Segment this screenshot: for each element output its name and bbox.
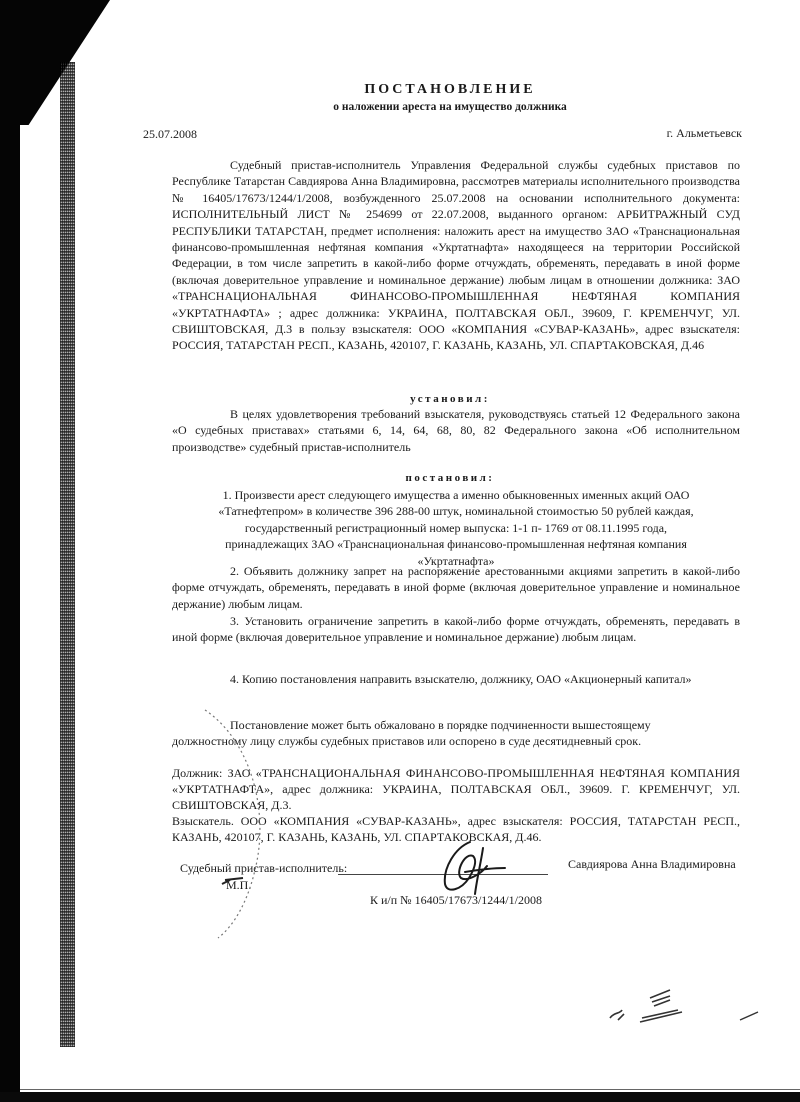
document-date: 25.07.2008 (143, 127, 197, 142)
ustanovil-text: В целях удовлетворения требований взыска… (172, 407, 740, 454)
signer-name: Савдиярова Анна Владимировна (568, 857, 736, 872)
item-1-line: принадлежащих ЗАО «Транснациональная фин… (172, 536, 740, 552)
document-page: ПОСТАНОВЛЕНИЕ о наложении ареста на имущ… (0, 0, 800, 1102)
signature-icon (425, 838, 515, 898)
item-1-line: государственный регистрационный номер вы… (172, 520, 740, 536)
ustanovil-paragraph: В целях удовлетворения требований взыска… (172, 406, 740, 455)
document-city: г. Альметьевск (667, 126, 742, 141)
item-4: 4. Копию постановления направить взыскат… (172, 671, 740, 687)
item-2-text: 2. Объявить должнику запрет на распоряже… (172, 564, 740, 611)
item-3-text: 3. Установить ограничение запретить в ка… (172, 614, 740, 644)
stamp-icon (110, 700, 310, 940)
heading-ustanovil: установил: (140, 393, 760, 405)
heading-postanovil: постановил: (140, 472, 760, 484)
item-2: 2. Объявить должнику запрет на распоряже… (172, 563, 740, 612)
item-1-line: «Татнефтепром» в количестве 396 288-00 ш… (172, 503, 740, 519)
handwritten-marks-icon (590, 980, 770, 1030)
item-3: 3. Установить ограничение запретить в ка… (172, 613, 740, 646)
item-1-line: 1. Произвести арест следующего имущества… (172, 487, 740, 503)
intro-paragraph: Судебный пристав-исполнитель Управления … (172, 157, 740, 354)
intro-text: Судебный пристав-исполнитель Управления … (172, 158, 740, 352)
document-subtitle: о наложении ареста на имущество должника (140, 101, 760, 113)
document-title: ПОСТАНОВЛЕНИЕ (140, 82, 760, 98)
item-1: 1. Произвести арест следующего имущества… (172, 487, 740, 569)
item-4-text: 4. Копию постановления направить взыскат… (230, 672, 692, 686)
